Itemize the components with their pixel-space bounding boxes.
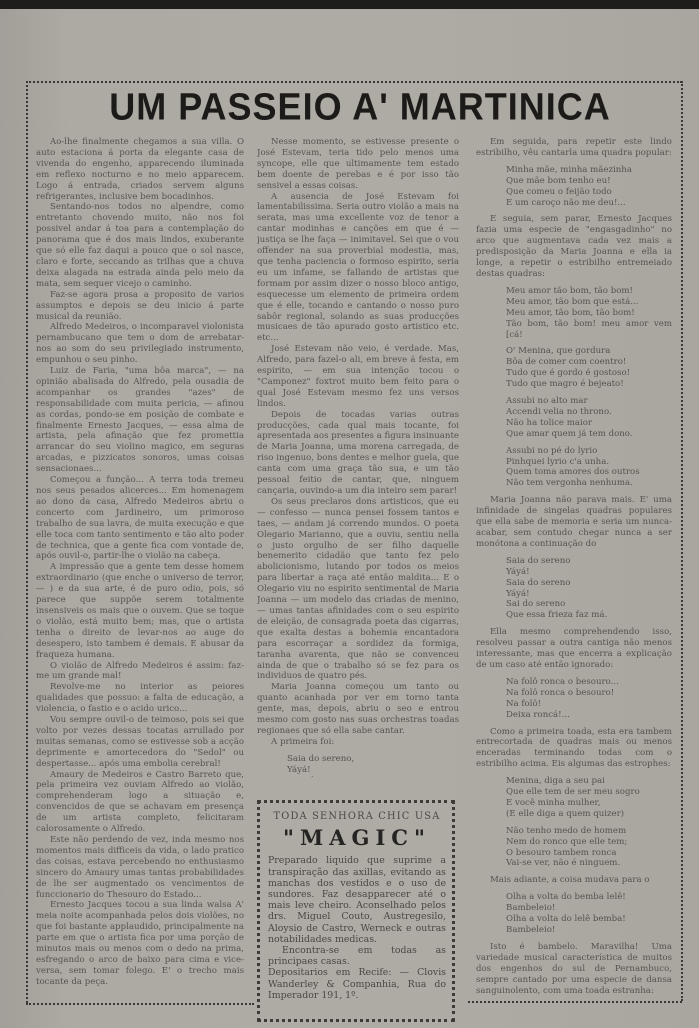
verse: O' Menina, que gordura Bôa de comer com … <box>506 346 672 390</box>
border-top <box>26 81 682 83</box>
article-column-1: Ao-lhe finalmente chegamos a sua villa. … <box>36 137 244 997</box>
article-title: UM PASSEIO A' MARTINICA <box>60 85 660 129</box>
paragraph: Começou a função... A terra toda tremeu … <box>36 475 244 562</box>
paragraph: Este não perdendo de vez, inda mesmo nos… <box>36 835 244 900</box>
paragraph: Ernesto Jacques tocou a sua linda walsa … <box>36 900 244 987</box>
verse: Assubi no alto mar Accendi velia no thro… <box>506 396 672 440</box>
border-bottom-right <box>468 1001 682 1003</box>
ad-depot: Depositarios em Recife: — Clovis Wanderl… <box>268 967 446 1001</box>
border-right <box>681 81 683 1001</box>
paragraph: A ausencia de José Estevam foi lamentabi… <box>257 192 459 345</box>
paragraph: Revolve-me no interior as peiores qualid… <box>36 682 244 715</box>
ad-availability: Encontra-se em todas as principaes casas… <box>268 945 446 967</box>
paragraph: Os seus preclaros dons artisticos, que e… <box>257 497 459 682</box>
paragraph: Depois de tocadas varias outras producçõ… <box>257 410 459 497</box>
paragraph: Vou sempre ouvil-o de teimoso, pois sei … <box>36 715 244 770</box>
paragraph: Nesse momento, se estivesse presente o J… <box>257 137 459 192</box>
paragraph: Mais adiante, a coisa mudava para o <box>476 875 672 886</box>
verse: Menina, diga a seu pai Que elle tem de s… <box>506 776 672 820</box>
magic-advertisement: TODA SENHORA CHIC USA "MAGIC" Preparado … <box>257 800 455 1022</box>
verse: Meu amor tão bom, tão bom! Meu amor, tão… <box>506 286 672 341</box>
paragraph: Maria Joanna não parava mais. E' uma inf… <box>476 495 672 550</box>
paragraph: Faz-se agora prosa a proposito de varios… <box>36 290 244 323</box>
paragraph: Amaury de Medeiros e Castro Barreto que,… <box>36 770 244 835</box>
paragraph: Isto é bambelo. Maravilha! Uma variedade… <box>476 942 672 997</box>
paragraph: A impressão que a gente tem desse homem … <box>36 562 244 660</box>
author-signature: JOEL <box>476 996 672 997</box>
article-column-2: Nesse momento, se estivesse presente o J… <box>257 137 459 777</box>
paragraph: Em seguida, para repetir este lindo estr… <box>476 137 672 159</box>
border-left <box>26 81 28 1003</box>
paragraph: O violão de Alfredo Medeiros é assim: fa… <box>36 661 244 683</box>
verse: Olha a volta do bemba lelê! Bambeleio! O… <box>506 892 672 936</box>
verse: Na folô ronca o besouro... Na folô ronca… <box>506 677 672 721</box>
border-bottom-left <box>26 1003 254 1005</box>
verse: Não tenho medo de homem Nem do ronco que… <box>506 826 672 870</box>
verse: Saia do sereno Yáyá! Saia do sereno Yáyá… <box>506 556 672 621</box>
paragraph: Sentando-nos todos no alpendre, como ent… <box>36 202 244 289</box>
paragraph: A primeira foi: <box>257 737 459 748</box>
paragraph: Ao-lhe finalmente chegamos a sua villa. … <box>36 137 244 202</box>
scan-top-edge <box>0 0 699 9</box>
ad-description: Preparado liquido que suprime a transpir… <box>268 855 446 945</box>
verse: Assubi no pé do lyrio Pinhquei lyrio c'a… <box>506 446 672 490</box>
verse: Minha mãe, minha mãezinha Que mãe bom te… <box>506 165 672 209</box>
verse: Saia do sereno, Yáyá! Saia do sereno, Yá… <box>287 754 459 777</box>
ad-brand-name: "MAGIC" <box>268 832 446 843</box>
paragraph: Como a primeira toada, esta era tambem e… <box>476 727 672 771</box>
article-column-3: Em seguida, para repetir este lindo estr… <box>476 137 672 997</box>
paragraph: Luiz de Faria, "uma bôa marca", — na opi… <box>36 366 244 475</box>
paragraph: Maria Joanna começou um tanto ou quanto … <box>257 682 459 737</box>
paragraph: José Estevam não veio, é verdade. Mas, A… <box>257 344 459 409</box>
paragraph: Alfredo Medeiros, o incomparavel violoni… <box>36 322 244 366</box>
ad-headline: TODA SENHORA CHIC USA <box>268 811 446 822</box>
paragraph: E seguia, sem parar, Ernesto Jacques faz… <box>476 214 672 279</box>
paragraph: Ella mesmo comprehendendo isso, resolveu… <box>476 627 672 671</box>
